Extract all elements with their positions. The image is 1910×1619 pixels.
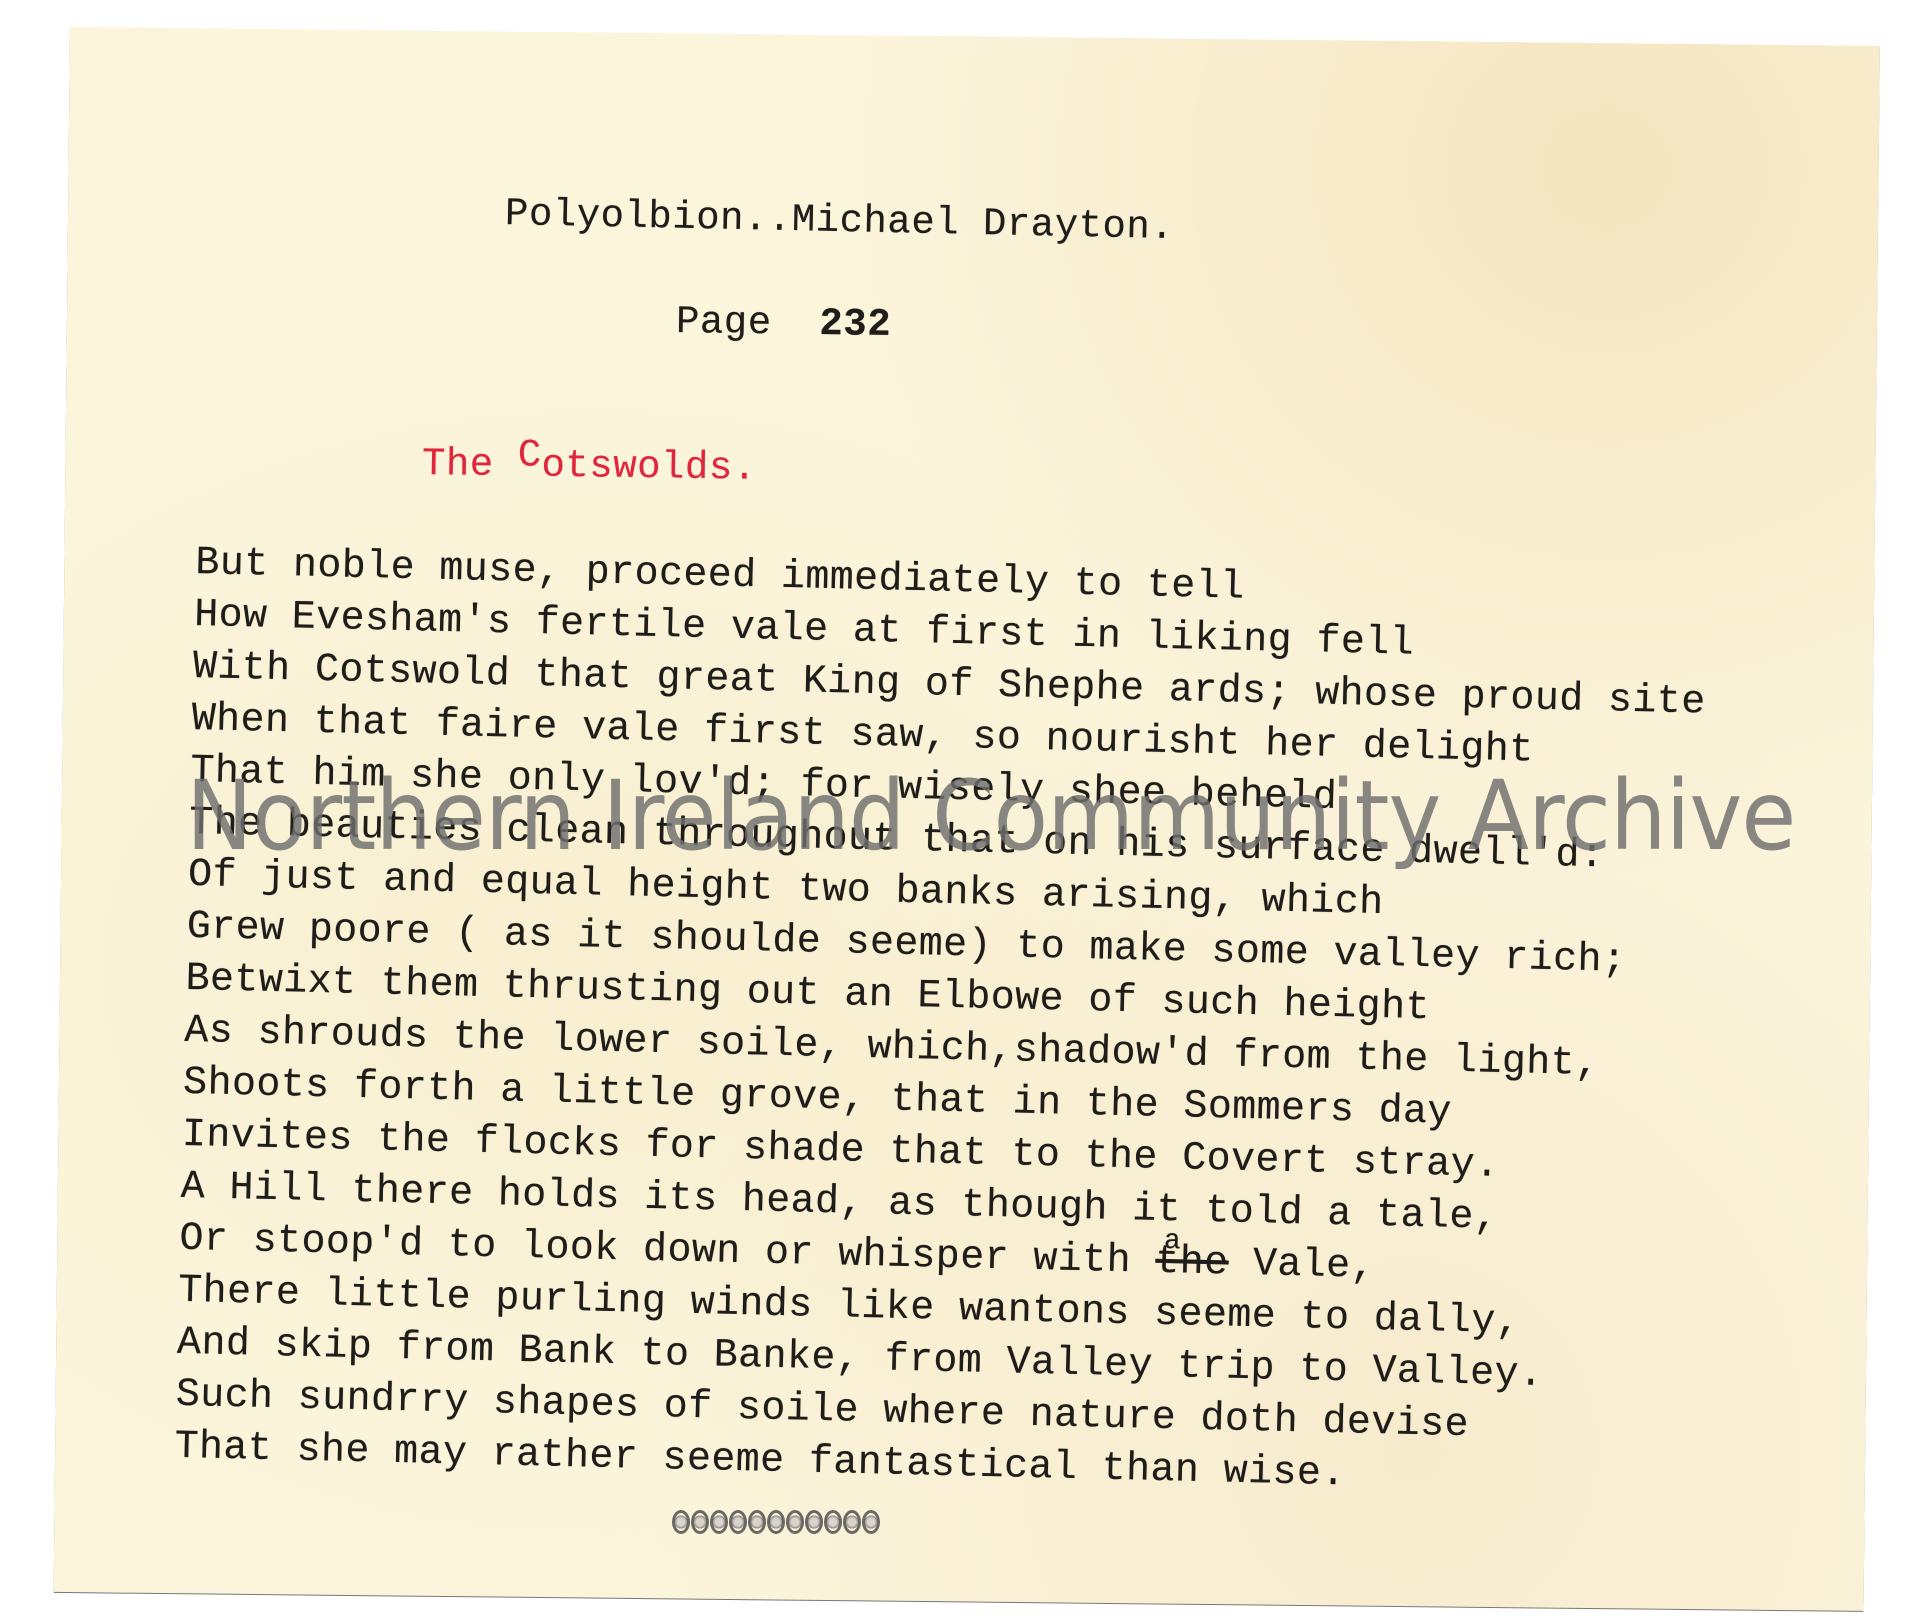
ornament-circle-icon [767, 1510, 785, 1534]
ornament-circle-icon [862, 1510, 880, 1534]
ornament-circle-icon [824, 1510, 842, 1534]
section-title-prefix: The [422, 442, 518, 487]
ornament-circle-icon [786, 1510, 804, 1534]
ornament-circle-icon [843, 1510, 861, 1534]
section-title-raised-letter: C [517, 433, 542, 477]
ornament-circle-icon [748, 1510, 766, 1534]
section-title: The Cotswolds. [422, 442, 757, 491]
poem-line-14-end: Vale, [1228, 1242, 1375, 1290]
typed-ornament-icon [672, 1510, 881, 1534]
ornament-circle-icon [691, 1510, 709, 1534]
ornament-circle-icon [710, 1510, 728, 1534]
section-title-rest: otswolds. [541, 444, 757, 491]
handwritten-insert-a: a [1163, 1216, 1181, 1268]
ornament-circle-icon [672, 1510, 690, 1534]
page-label: Page [676, 300, 772, 345]
page-number-line: Page 232 [676, 300, 892, 347]
ornament-circle-icon [805, 1510, 823, 1534]
poem-body: But noble muse, proceed immediately to t… [174, 538, 1796, 1511]
ornament-circle-icon [729, 1510, 747, 1534]
page-number: 232 [819, 302, 891, 347]
